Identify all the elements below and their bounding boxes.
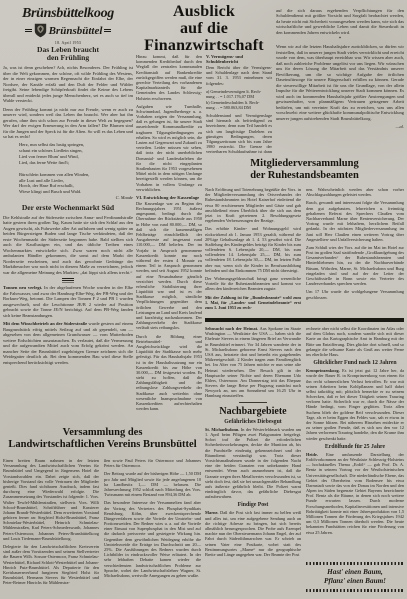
farmers-paragraph: Das besondere Interesse der Versammelten… xyxy=(104,500,201,578)
note-tonnen-text: In der abgelaufenen Woche wurden in der … xyxy=(3,285,133,317)
note-winsch-text: wurde gestern auf einem Baugrundstück ei… xyxy=(3,321,133,364)
finance-col-left: Hinzu kommt, daß für den kommenden Kredi… xyxy=(136,54,202,423)
pensioners-paragraph: Um 17 Uhr wurde die wohlgelungene Versam… xyxy=(306,289,404,299)
erdoel-title: Erdölfunde für 25 Jahre xyxy=(306,444,404,450)
finance-paragraph: Durch die Bildung einer Betriebsmittel- … xyxy=(136,334,202,412)
pensioners-paragraph: Der Wohnungsgeldzuschuß bringt ganz wese… xyxy=(205,276,301,292)
farmers-title: Versammlung des Landwirtschaftlichen Ver… xyxy=(3,427,202,451)
finance-paragraph: Die Kassenlage war zu Beginn des Rechnun… xyxy=(136,201,202,331)
fund-text: Es ist jetzt gut 12 Jahre her, da wurde … xyxy=(306,368,404,440)
pensioners-paragraph: Nach Eröffnung und Totenehrung begrüßte … xyxy=(205,187,301,223)
diebesgut-text: In der Westerfeldmark wurden am 1. April… xyxy=(205,427,301,499)
finance-balance-intro: Dem Bericht über die Vermögens- und Schu… xyxy=(206,65,272,86)
erdoel-body: Heide. Eine umfassende Darstellung der E… xyxy=(306,452,404,535)
masthead-ornament-right xyxy=(104,29,111,33)
news-col-right: rechnete aber nicht selbst die Koordinat… xyxy=(306,326,404,560)
finance-subhead-vermoegen: V. Vermögens- und Schuldenbericht xyxy=(206,54,272,64)
newspaper-page: Brünsbüttelkoog Brünsbüttel 18. April 19… xyxy=(0,0,407,599)
finance-paragraph: Schuldenstand und Vermögenslage sind hie… xyxy=(206,113,272,154)
news-col-left: Sehnsucht nach der Heimat. Aus Spokane i… xyxy=(205,326,301,598)
tree-slogan-box: Hast' einen Baum, Pflanz' einen Baum! xyxy=(306,562,404,596)
issue-date: 18. April 1953 xyxy=(3,41,133,45)
finance-paragraph: Hinzu kommt, daß für den kommenden Kredi… xyxy=(136,54,202,101)
poem-signature: C. Maude xyxy=(3,195,133,200)
farmers-col-left: Einen breiten Raum nahmen in der letzten… xyxy=(3,458,99,596)
pensioners-col-right: nen. Wahrscheinlich werden aber schon vo… xyxy=(306,187,404,315)
masthead-ornament-left xyxy=(25,29,32,33)
finance-headline-block: Ausblick auf die Finanzwirtschaft Brunsb… xyxy=(136,4,272,52)
note-winsch-lead: Mit dem Winschbetrieb an der Süderstraße xyxy=(3,321,88,326)
spring-poem: Herz, nun selbst das lustig springen, sc… xyxy=(19,142,133,195)
findige-post-title: Findige Post xyxy=(205,502,301,508)
finance-headline: Ausblick auf die Finanzwirtschaft xyxy=(136,4,272,52)
note-tonnen: Tonnen neu verlegt. In der abgelaufenen … xyxy=(3,285,133,318)
farmers-col-right: ßen sowie Paul Peters für Ostermoor und … xyxy=(104,458,201,596)
findige-post-text: Daß die Post sich fast immer zu helfen w… xyxy=(205,510,301,557)
finance-balance-table: a) Gemeindevermögen lt. Rech- nung . . =… xyxy=(206,89,272,111)
findige-post-body: Marne. Daß die Post sich fast immer zu h… xyxy=(205,510,301,557)
masthead-subtitle-row: Brünsbüttel xyxy=(3,23,133,38)
pensioners-col-left: Nach Eröffnung und Totenehrung begrüßte … xyxy=(205,187,301,315)
farmers-paragraph: Der Beitrag wurde auf der bisherigen Höh… xyxy=(104,471,201,497)
note-tonnen-lead: Tonnen neu verlegt. xyxy=(3,285,44,290)
farmers-paragraph: Delegierte für den Landwirtschaftlichen … xyxy=(3,544,99,586)
article-spring-title: Das Leben braucht den Frühling xyxy=(3,46,133,63)
article-market-body: Die Kehlstraße auf der Süderseite zwisch… xyxy=(3,215,133,275)
article-spring-paragraph: Ja, was ist denn geschehen? Ach, nichts … xyxy=(3,65,133,103)
squiggle-border-bottom xyxy=(306,589,404,592)
finance-paragraph: Wenn wir auf die letzten Haushaltsjahre … xyxy=(276,44,404,121)
article-spring-paragraph: Denn der Frühling kommt ja nicht nur zur… xyxy=(3,107,133,140)
tree-slogan-line2: Pflanz' einen Baum! xyxy=(306,577,404,586)
diebesgut-title: Gefährliches Diebesgut xyxy=(205,419,301,425)
masthead-title: Brünsbüttelkoog xyxy=(3,6,133,22)
pensioners-paragraph: Zum Schluß wies der Vors. auf die im Mai… xyxy=(306,245,404,287)
diebesgut-body: St. Michaelisdonn. In der Westerfeldmark… xyxy=(205,427,301,500)
farmers-paragraph: ßen sowie Paul Peters für Ostermoor und … xyxy=(104,458,201,468)
finance-subhead-kassenlage: VI. Entwicklung der Kassenlage xyxy=(136,195,202,200)
masthead: Brünsbüttelkoog Brünsbüttel 18. April 19… xyxy=(3,6,133,46)
squiggle-border-top xyxy=(306,562,404,565)
pensioners-title-block: Mitgliederversammlung der Ruhestandsbeam… xyxy=(205,158,404,184)
section-divider-bar xyxy=(205,318,404,322)
city-crest-icon xyxy=(34,23,47,38)
finance-signature: —al. xyxy=(276,124,404,129)
findige-post-continuation: rechnete aber nicht selbst die Koordinat… xyxy=(306,326,404,357)
note-winsch: Mit dem Winschbetrieb an der Süderstraße… xyxy=(3,321,133,365)
thin-rule xyxy=(239,402,267,403)
fund-title: Glücklicher Fund nach 12 Jahren xyxy=(306,360,404,366)
erdoel-text: Eine umfassende Darstellung der Erdölvor… xyxy=(306,452,404,535)
masthead-subtitle: Brünsbüttel xyxy=(49,25,103,37)
asterisk-separator: * xyxy=(276,38,404,42)
finance-col-mid: V. Vermögens- und Schuldenbericht Dem Be… xyxy=(206,54,272,154)
fund-body: Kronprinzenkoog. Es ist jetzt gut 12 Jah… xyxy=(306,368,404,441)
section-separator-icon xyxy=(62,278,74,283)
finance-col-right: auf die sich daraus ergebenden Verpflich… xyxy=(276,8,404,154)
pensioners-paragraph: Rasch, gewandt und interessant folgte di… xyxy=(306,200,404,242)
nachbargebiete-title: Nachbargebiete xyxy=(205,406,301,417)
tree-slogan-line1: Hast' einen Baum, xyxy=(306,568,404,577)
finance-paragraph: Aufgaben wie Turnhalle, Schwimmbad, Juge… xyxy=(136,104,202,192)
farmers-title-block: Versammlung des Landwirtschaftlichen Ver… xyxy=(3,427,202,453)
farmers-paragraph: Einen breiten Raum nahmen in der letzten… xyxy=(3,458,99,541)
pensioners-paragraph: nen. Wahrscheinlich werden aber schon vo… xyxy=(306,187,404,197)
homesick-item: Sehnsucht nach der Heimat. Aus Spokane i… xyxy=(205,326,301,399)
pensioners-paragraph: Das erhöhte Kinder- und Wohnungsgeld wir… xyxy=(205,226,301,273)
pensioners-title: Mitgliederversammlung der Ruhestandsbeam… xyxy=(205,158,404,182)
homesick-text: Aus Spokane im Staate Washington — Westk… xyxy=(205,326,301,398)
article-market-title: Der erste Wochenmarkt Süd xyxy=(3,204,133,212)
pensioners-paragraph-bold: Mit der Zahlung ist für „Bundesbeamte“ w… xyxy=(205,295,301,311)
left-column: Das Leben braucht den Frühling Ja, was i… xyxy=(3,46,133,423)
finance-paragraph: auf die sich daraus ergebenden Verpflich… xyxy=(276,8,404,35)
